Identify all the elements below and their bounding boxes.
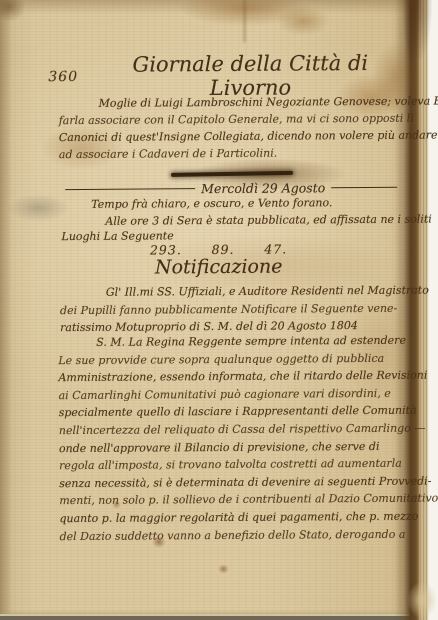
entry-line: ad associare i Cadaveri de i Particolini… bbox=[59, 144, 411, 163]
rule-segment bbox=[331, 187, 397, 188]
notification-line: Le sue provvide cure sopra qualunque ogg… bbox=[58, 349, 414, 369]
notification-heading: Notificazione bbox=[0, 254, 438, 279]
notification-line: regola all'imposta, si trovano talvolta … bbox=[59, 455, 415, 475]
notification-intro-paragraph: Gl' Ill.mi SS. Uffiziali, e Auditore Res… bbox=[60, 282, 412, 337]
publication-line: Luoghi La Seguente bbox=[61, 229, 173, 243]
notification-line: menti, non solo p. il sollievo de i cont… bbox=[59, 490, 415, 510]
date-rule: Mercoldì 29 Agosto bbox=[65, 180, 397, 197]
notification-line: nell'incertezza del reliquato di Cassa d… bbox=[59, 420, 415, 440]
entry-line: farla associare con il Capitolo Generale… bbox=[59, 110, 411, 129]
notification-line: dei Pupilli fanno pubblicamente Notifica… bbox=[60, 299, 412, 319]
weather-line: Tempo frà chiaro, e oscuro, e Vento fora… bbox=[91, 196, 332, 211]
page-number: 360 bbox=[48, 69, 78, 85]
manuscript-page: 360 Giornale della Città di Livorno Mogl… bbox=[0, 0, 438, 620]
publication-line: Alle ore 3 di Sera è stata pubblicata, e… bbox=[105, 213, 432, 228]
notification-body-paragraph: S. M. La Regina Reggente sempre intenta … bbox=[58, 332, 415, 546]
handwritten-content: 360 Giornale della Città di Livorno Mogl… bbox=[0, 0, 438, 620]
rule-segment bbox=[65, 188, 195, 190]
notification-line: ai Camarlinghi Comunitativi può cagionar… bbox=[59, 384, 415, 404]
date-label: Mercoldì 29 Agosto bbox=[201, 180, 325, 196]
notification-line: del Dazio suddetto vanno a benefizio del… bbox=[60, 525, 416, 545]
ink-stroke bbox=[171, 171, 293, 177]
entry-paragraph: Moglie di Luigi Lambroschini Negoziante … bbox=[58, 93, 410, 163]
